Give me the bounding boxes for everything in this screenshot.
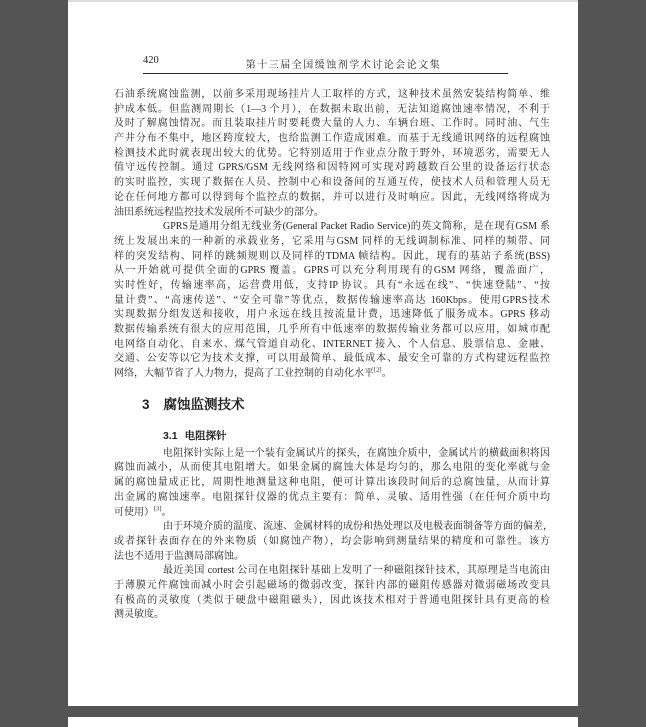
page-number: 420: [143, 55, 159, 66]
page-content: 石油系统腐蚀监测，以前多采用现场挂片人工取样的方式，这种技术虽然安装结构简单、维…: [114, 88, 550, 623]
text-line: 由于环境介质的温度、流速、金属材料的成份和热处理以及电极表面制备等方面的偏差，: [114, 520, 550, 535]
text-line: 油田系统远程监控技术发展所不可缺少的部分。: [114, 206, 550, 221]
text-line: 检测技术此时就表现出较大的优势。它特别适用于作业点分散于野外，环境恶劣，需要无人: [114, 147, 550, 162]
text-segment: 。: [162, 507, 172, 518]
paragraph-cortest: 最近美国 cortest 公司在电阻探针基础上发明了一种磁阻探针技术，其原理是当…: [114, 564, 550, 623]
text-line: 于薄膜元件腐蚀而减小时会引起磁场的微弱改变，探针内部的磁阻传感器对微弱磁场改变具: [114, 579, 550, 594]
paragraph-er-probe: 电阻探针实际上是一个装有金属试片的探头，在腐蚀介质中，金属试片的横截面积将因 腐…: [114, 447, 550, 520]
subsection-title: 电阻探针: [185, 430, 227, 442]
paragraph-intro: 石油系统腐蚀监测，以前多采用现场挂片人工取样的方式，这种技术虽然安装结构简单、维…: [114, 88, 550, 220]
text-line: 论在任何地方都可以得到每个监控点的数据，并可以进行及时响应。因此，无线网络将成为: [114, 191, 550, 206]
text-line: 电网络自动化、自来水、煤气管道自动化、INTERNET 接入、个人信息、股票信息…: [114, 338, 550, 353]
paragraph-gprs: GPRS是通用分组无线业务(General Packet Radio Servi…: [114, 220, 550, 382]
text-line: 实时性好，传输速率高，运营费用低，支持IP 协议。具有“永远在线”、“快速登陆”…: [114, 279, 550, 294]
text-line: 腐蚀而减小，从而使其电阻增大。如果金属的腐蚀大体是均匀的，那么电阻的变化率就与金: [114, 461, 550, 476]
text-line: 法也不适用于监测局部腐蚀。: [114, 550, 550, 565]
text-line: 可使用）[3]。: [114, 506, 550, 521]
text-line: 样的突发结构、同样的跳频规则以及同样的TDMA 帧结构。因此，现有的基站子系统(…: [114, 250, 550, 265]
proceedings-title: 第十三届全国缓蚀剂学术讨论会论文集: [246, 56, 442, 71]
text-line: 最近美国 cortest 公司在电阻探针基础上发明了一种磁阻探针技术，其原理是当…: [114, 564, 550, 579]
text-line: 量计费”、“高速传送”、“安全可靠”等优点，数据传输速率高达 160Kbps。使…: [114, 294, 550, 309]
subsection-number: 3.1: [163, 430, 178, 442]
text-line: 交通、公安等以它为技术支撑，可以用最简单、最低成本、最安全可靠的方式构建远程监控: [114, 352, 550, 367]
text-line: 及时了解腐蚀情况。而且装取挂片时要耗费大量的人力、车辆台班、工作时。同时油、气生: [114, 117, 550, 132]
text-line: 数据传输系统有很大的应用范围，几乎所有中低速率的数据传输业务都可以应用，如城市配: [114, 323, 550, 338]
text-line: 产井分布不集中，地区跨度较大，也给监测工作造成困难。而基于无线通讯网络的远程腐蚀: [114, 132, 550, 147]
text-line: 统上发展出来的一种新的承载业务，它采用与GSM 同样的无线调制标准、同样的频带、…: [114, 235, 550, 250]
page-gap: [0, 706, 646, 717]
text-line: 值守远传控制。通过 GPRS/GSM 无线网络和因特网可实现对跨越数百公里的设备…: [114, 161, 550, 176]
text-line: 护成本低。但监测周期长（1—3 个月），在数据未取出前，无法知道腐蚀速率情况，不…: [114, 103, 550, 118]
text-line: 电阻探针实际上是一个装有金属试片的探头，在腐蚀介质中，金属试片的横截面积将因: [114, 447, 550, 462]
text-segment: 可使用）: [114, 507, 154, 518]
citation-ref-2: [2]: [374, 367, 382, 374]
text-line: 有极高的灵敏度（类似于硬盘中磁阻磁头），因此该技术相对于普通电阻探针具有更高的检: [114, 594, 550, 609]
text-line: GPRS是通用分组无线业务(General Packet Radio Servi…: [114, 220, 550, 235]
text-line: 或者探针表面存在的外来物质（如腐蚀产物），均会影响到测量结果的精度和可靠性。该方: [114, 535, 550, 550]
page-top-edge: [68, 0, 578, 2]
text-line: 出金属的腐蚀速率。电阻探针仪器的优点主要有：简单、灵敏、适用性强（在任何介质中均: [114, 491, 550, 506]
text-line: 实现数据分组发送和接收，用户永远在线且按流量计费，迅速降低了服务成本。GPRS …: [114, 308, 550, 323]
section-3-heading: 3腐蚀监测技术: [114, 393, 550, 414]
text-segment: 。: [382, 368, 392, 379]
citation-ref-3: [3]: [154, 506, 162, 513]
page-header: 420 第十三届全国缓蚀剂学术讨论会论文集: [143, 54, 508, 74]
text-segment: 网络，大幅节省了人力物力，提高了工业控制的自动化水平: [114, 368, 374, 379]
paragraph-limitations: 由于环境介质的温度、流速、金属材料的成份和热处理以及电极表面制备等方面的偏差， …: [114, 520, 550, 564]
document-viewer-canvas: 420 第十三届全国缓蚀剂学术讨论会论文集 石油系统腐蚀监测，以前多采用现场挂片…: [0, 0, 646, 727]
section-number: 3: [142, 397, 150, 412]
text-line: 石油系统腐蚀监测，以前多采用现场挂片人工取样的方式，这种技术虽然安装结构简单、维: [114, 88, 550, 103]
text-line: 的实时监控，实现了数据在人员、控制中心和设备间的互通互传，使技术人员和管理人员无: [114, 176, 550, 191]
text-line: 网络，大幅节省了人力物力，提高了工业控制的自动化水平[2]。: [114, 367, 550, 382]
section-title: 腐蚀监测技术: [164, 397, 245, 412]
text-line: 从一开始就可提供全面的GPRS 覆盖。GPRS可以充分利用现有的GSM 网络，覆…: [114, 264, 550, 279]
section-3-1-heading: 3.1电阻探针: [114, 428, 550, 444]
document-page[interactable]: 420 第十三届全国缓蚀剂学术讨论会论文集 石油系统腐蚀监测，以前多采用现场挂片…: [68, 0, 578, 706]
text-line: 测灵敏度。: [114, 608, 550, 623]
text-line: 属的腐蚀量成正比，周期性地测量这种电阻，便可计算出该段时间后的总腐蚀量，从而计算: [114, 476, 550, 491]
next-page-sliver: [68, 717, 578, 727]
